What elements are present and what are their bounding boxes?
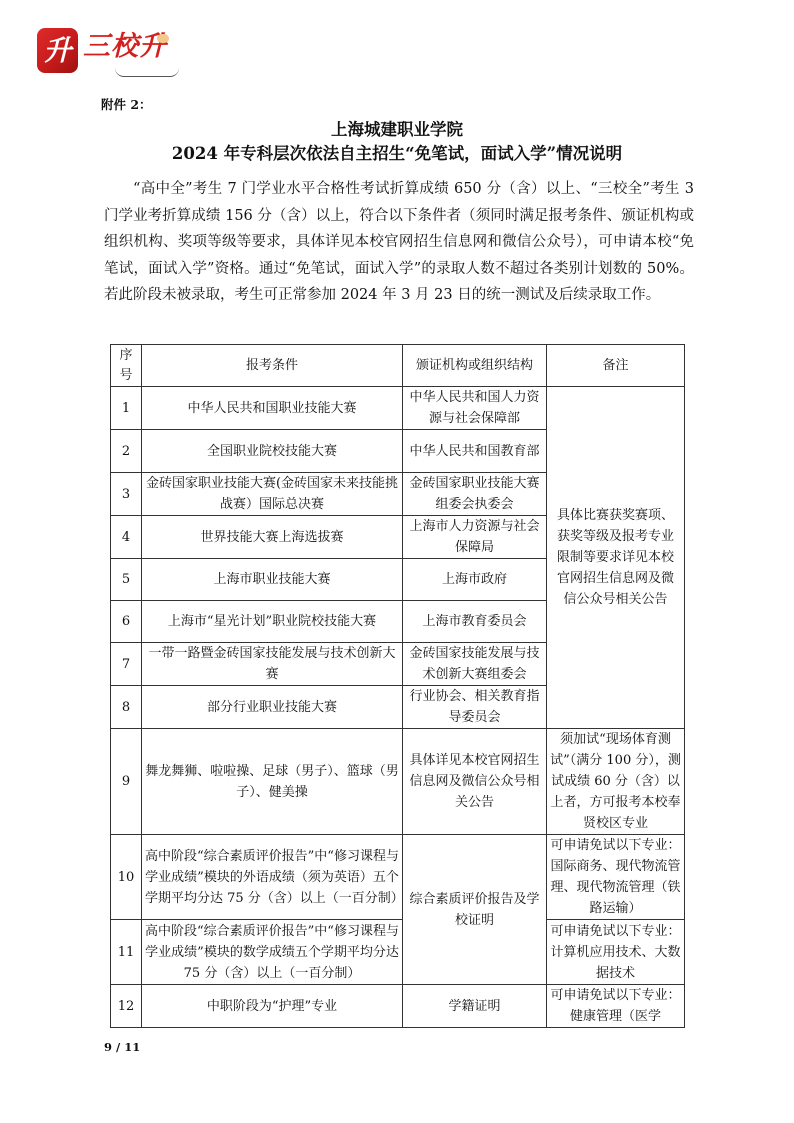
header-issuer: 颁证机构或组织结构 bbox=[403, 345, 547, 387]
cell-remark: 可申请免试以下专业：国际商务、现代物流管理、现代物流管理（铁路运输） bbox=[547, 835, 685, 920]
cell-remark: 须加试“现场体育测试”（满分 100 分），测试成绩 60 分（含）以上者，方可… bbox=[547, 729, 685, 835]
cell-seq: 3 bbox=[111, 473, 142, 516]
cell-seq: 12 bbox=[111, 985, 142, 1028]
cell-condition: 舞龙舞狮、啦啦操、足球（男子）、篮球（男子）、健美操 bbox=[142, 729, 403, 835]
cell-condition: 全国职业院校技能大赛 bbox=[142, 430, 403, 473]
table-row: 10 高中阶段“综合素质评价报告”中“修习课程与学业成绩”模块的外语成绩（须为英… bbox=[111, 835, 685, 920]
cell-condition: 部分行业职业技能大赛 bbox=[142, 686, 403, 729]
logo-decoration bbox=[157, 34, 169, 43]
table-row: 11 高中阶段“综合素质评价报告”中“修习课程与学业成绩”模块的数学成绩五个学期… bbox=[111, 920, 685, 985]
cell-seq: 10 bbox=[111, 835, 142, 920]
cell-condition: 世界技能大赛上海选拔赛 bbox=[142, 516, 403, 559]
cell-issuer: 上海市人力资源与社会保障局 bbox=[403, 516, 547, 559]
logo-tagline-squiggle bbox=[115, 68, 179, 77]
cell-issuer: 具体详见本校官网招生信息网及微信公众号相关公告 bbox=[403, 729, 547, 835]
cell-issuer-merged: 综合素质评价报告及学校证明 bbox=[403, 835, 547, 985]
logo-brand-text: 三校升 bbox=[83, 30, 167, 64]
cell-condition: 一带一路暨金砖国家技能发展与技术创新大赛 bbox=[142, 643, 403, 686]
attachment-label: 附件 2： bbox=[101, 95, 152, 113]
table-row: 1 中华人民共和国职业技能大赛 中华人民共和国人力资源与社会保障部 具体比赛获奖… bbox=[111, 387, 685, 430]
cell-condition: 金砖国家职业技能大赛(金砖国家未来技能挑战赛）国际总决赛 bbox=[142, 473, 403, 516]
cell-seq: 4 bbox=[111, 516, 142, 559]
cell-seq: 5 bbox=[111, 559, 142, 601]
cell-issuer: 中华人民共和国人力资源与社会保障部 bbox=[403, 387, 547, 430]
header-remark: 备注 bbox=[547, 345, 685, 387]
header-seq: 序号 bbox=[111, 345, 142, 387]
header-condition: 报考条件 bbox=[142, 345, 403, 387]
cell-condition: 上海市“星光计划”职业院校技能大赛 bbox=[142, 601, 403, 643]
cell-seq: 1 bbox=[111, 387, 142, 430]
cell-remark: 可申请免试以下专业：健康管理（医学 bbox=[547, 985, 685, 1028]
intro-paragraph: “高中全”考生 7 门学业水平合格性考试折算成绩 650 分（含）以上、“三校全… bbox=[104, 176, 694, 309]
cell-issuer: 中华人民共和国教育部 bbox=[403, 430, 547, 473]
cell-remark-merged: 具体比赛获奖赛项、获奖等级及报考专业限制等要求详见本校官网招生信息网及微信公众号… bbox=[547, 387, 685, 729]
document-subtitle: 2024 年专科层次依法自主招生“免笔试，面试入学”情况说明 bbox=[0, 140, 794, 164]
cell-seq: 9 bbox=[111, 729, 142, 835]
cell-seq: 2 bbox=[111, 430, 142, 473]
admission-conditions-table: 序号 报考条件 颁证机构或组织结构 备注 1 中华人民共和国职业技能大赛 中华人… bbox=[110, 344, 685, 1028]
page-number: 9 / 11 bbox=[104, 1040, 140, 1054]
cell-issuer: 金砖国家职业技能大赛组委会执委会 bbox=[403, 473, 547, 516]
cell-issuer: 上海市政府 bbox=[403, 559, 547, 601]
cell-condition: 中职阶段为“护理”专业 bbox=[142, 985, 403, 1028]
cell-issuer: 行业协会、相关教育指导委员会 bbox=[403, 686, 547, 729]
document-title: 上海城建职业学院 bbox=[0, 116, 794, 140]
table-row: 12 中职阶段为“护理”专业 学籍证明 可申请免试以下专业：健康管理（医学 bbox=[111, 985, 685, 1028]
cell-seq: 11 bbox=[111, 920, 142, 985]
cell-remark: 可申请免试以下专业：计算机应用技术、大数据技术 bbox=[547, 920, 685, 985]
cell-condition: 上海市职业技能大赛 bbox=[142, 559, 403, 601]
cell-issuer: 金砖国家技能发展与技术创新大赛组委会 bbox=[403, 643, 547, 686]
cell-condition: 高中阶段“综合素质评价报告”中“修习课程与学业成绩”模块的外语成绩（须为英语）五… bbox=[142, 835, 403, 920]
table-header-row: 序号 报考条件 颁证机构或组织结构 备注 bbox=[111, 345, 685, 387]
cell-issuer: 上海市教育委员会 bbox=[403, 601, 547, 643]
logo: 升 三校升 bbox=[37, 28, 187, 80]
cell-seq: 8 bbox=[111, 686, 142, 729]
cell-condition: 高中阶段“综合素质评价报告”中“修习课程与学业成绩”模块的数学成绩五个学期平均分… bbox=[142, 920, 403, 985]
sanxiaosheng-logo-icon: 升 bbox=[37, 28, 78, 73]
table-row: 9 舞龙舞狮、啦啦操、足球（男子）、篮球（男子）、健美操 具体详见本校官网招生信… bbox=[111, 729, 685, 835]
cell-issuer: 学籍证明 bbox=[403, 985, 547, 1028]
cell-seq: 7 bbox=[111, 643, 142, 686]
cell-condition: 中华人民共和国职业技能大赛 bbox=[142, 387, 403, 430]
cell-seq: 6 bbox=[111, 601, 142, 643]
